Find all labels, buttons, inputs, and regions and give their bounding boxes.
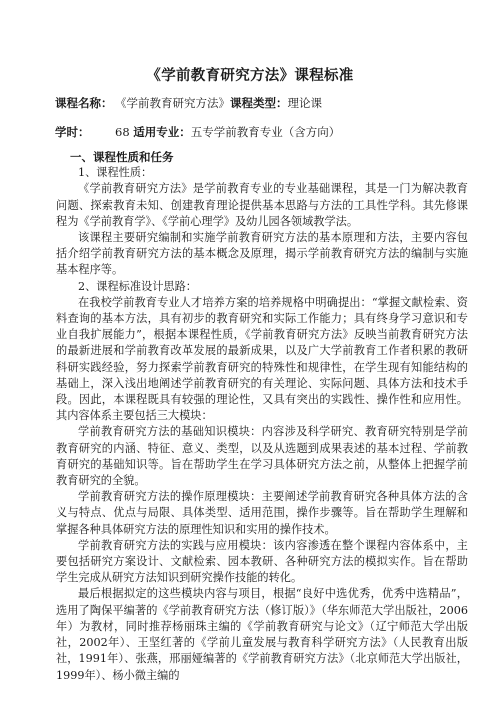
major-label: 适用专业： <box>133 125 191 139</box>
paragraph: 在我校学前教育专业人才培养方案的培养规格中明确提出：“掌握文献检索、资料查询的基… <box>56 295 468 425</box>
document-body: 一、课程性质和任务 1、课程性质： 《学前教育研究方法》是学前教育专业的专业基础… <box>56 149 468 684</box>
paragraph: 学前教育研究方法的实践与应用模块：该内容渗透在整个课程内容体系中，主要包括研究方… <box>56 538 468 587</box>
hours-row: 学时：68 适用专业：五专学前教育专业（含方向） <box>55 124 340 140</box>
course-name-row: 课程名称：《学前教育研究方法》课程类型：理论课 <box>55 95 322 111</box>
course-type-label: 课程类型： <box>230 96 288 110</box>
paragraph: 该课程主要研究编制和实施学前教育研究方法的基本原理和方法，主要内容包括介绍学前教… <box>56 230 468 279</box>
course-name-label: 课程名称： <box>55 95 115 111</box>
hours-value: 68 <box>115 125 130 139</box>
paragraph: 学前教育研究方法的操作原理模块：主要阐述学前教育研究各种具体方法的含义与特点、优… <box>56 489 468 538</box>
document-title: 《学前教育研究方法》课程标准 <box>0 64 500 85</box>
paragraph: 学前教育研究方法的基础知识模块：内容涉及科学研究、教育研究特别是学前教育研究的内… <box>56 424 468 489</box>
course-type-value: 理论课 <box>288 96 323 110</box>
section-heading: 一、课程性质和任务 <box>56 149 468 165</box>
course-name-value: 《学前教育研究方法》 <box>115 96 230 110</box>
document-page: 《学前教育研究方法》课程标准 课程名称：《学前教育研究方法》课程类型：理论课 学… <box>0 0 500 707</box>
major-value: 五专学前教育专业（含方向） <box>191 125 341 139</box>
subsection-heading: 1、课程性质： <box>56 165 468 181</box>
paragraph: 最后根据拟定的这些模块内容与项目，根据“良好中选优秀，优秀中选精品”，选用了陶保… <box>56 586 468 683</box>
hours-label: 学时： <box>55 124 115 140</box>
paragraph: 《学前教育研究方法》是学前教育专业的专业基础课程，其是一门为解决教育问题、探索教… <box>56 181 468 230</box>
subsection-heading: 2、课程标准设计思路： <box>56 279 468 295</box>
